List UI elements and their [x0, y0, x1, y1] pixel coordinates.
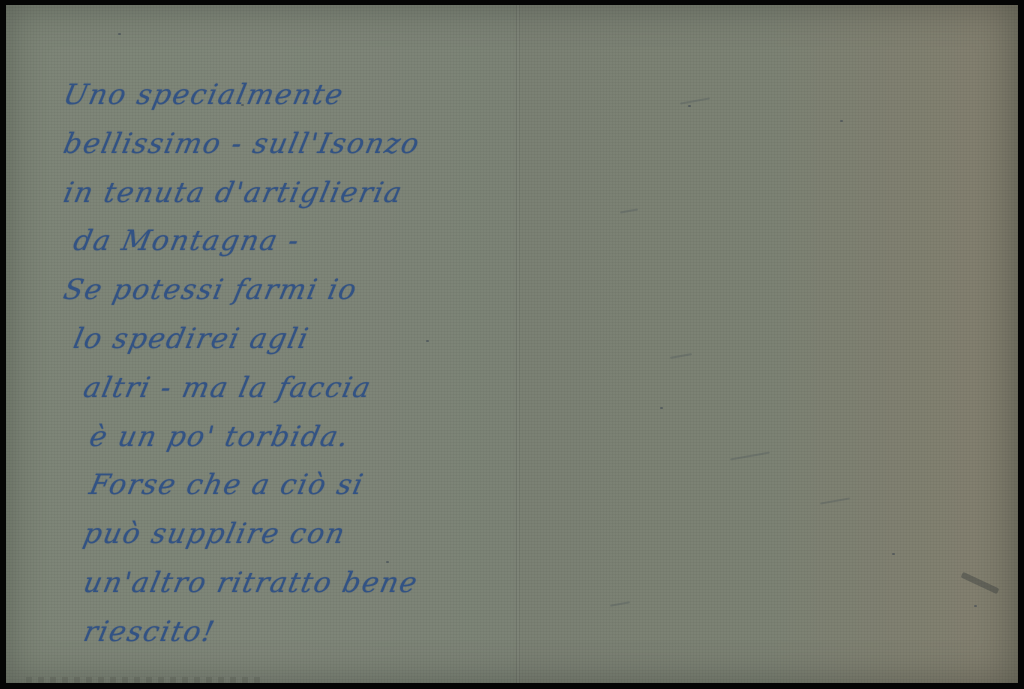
- bleed-through-mark: [730, 452, 770, 461]
- bleed-through-mark: [610, 601, 630, 606]
- smudge: [961, 572, 1000, 594]
- text-line: in tenuta d'artiglieria: [59, 169, 425, 218]
- text-line: Forse che a ciò si: [59, 461, 425, 510]
- right-page: [520, 5, 1018, 683]
- ink-speck: [386, 561, 389, 563]
- text-line: altri - ma la faccia: [59, 364, 425, 413]
- text-line: bellissimo - sull'Isonzo: [59, 120, 425, 169]
- edge-marks: [26, 677, 266, 683]
- text-line: Se potessi farmi io: [59, 266, 425, 315]
- text-line: da Montagna -: [59, 217, 425, 266]
- bleed-through-mark: [620, 208, 638, 213]
- text-line: Uno specialmente: [59, 71, 425, 120]
- text-line: riescito!: [59, 608, 425, 657]
- ink-speck: [688, 105, 691, 107]
- bleed-through-mark: [680, 97, 710, 104]
- text-line: un'altro ritratto bene: [59, 559, 425, 608]
- ink-speck: [426, 340, 429, 342]
- ink-speck: [660, 407, 663, 409]
- bleed-through-mark: [820, 497, 850, 504]
- ink-speck: [840, 120, 843, 122]
- bleed-through-mark: [670, 353, 692, 359]
- ink-speck: [974, 605, 977, 607]
- handwritten-text: Uno specialmente bellissimo - sull'Isonz…: [64, 71, 420, 657]
- ink-speck: [892, 553, 895, 555]
- ink-speck: [241, 104, 244, 106]
- scanned-letter: Uno specialmente bellissimo - sull'Isonz…: [0, 0, 1024, 689]
- ink-speck: [118, 33, 121, 35]
- paper-sheet: Uno specialmente bellissimo - sull'Isonz…: [6, 5, 1018, 683]
- left-page: Uno specialmente bellissimo - sull'Isonz…: [6, 5, 516, 683]
- text-line: lo spedirei agli: [59, 315, 425, 364]
- text-line: è un po' torbida.: [59, 413, 425, 462]
- text-line: può supplire con: [59, 510, 425, 559]
